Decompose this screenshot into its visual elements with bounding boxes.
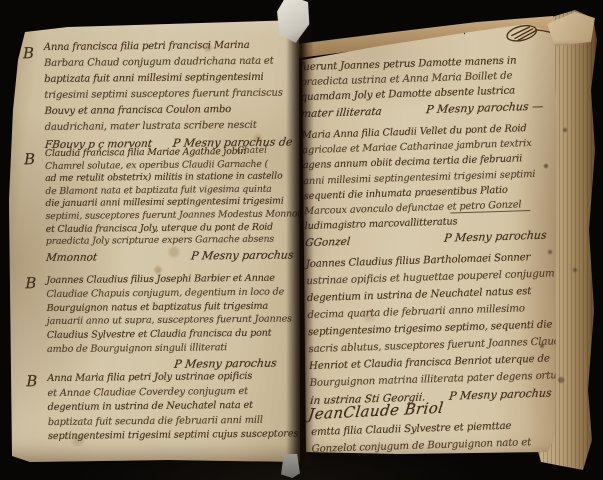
baptism-entry: Joannes Claudius filius Josephi Barbier … xyxy=(46,271,300,371)
manuscript-photo: B B B B Anna francisca filia petri franc… xyxy=(0,0,603,480)
baptism-entry: Joannes Claudius filius Bartholomaei Son… xyxy=(306,248,561,407)
entry-line: praedicta Joly scripturae expers Garnach… xyxy=(46,234,300,249)
left-page: B B B B Anna francisca filia petri franc… xyxy=(8,20,300,462)
entry-line: januarii anno ut supra, susceptores fuer… xyxy=(47,313,300,329)
entry-line: ambo de Bourguignon singuli illiterati xyxy=(47,340,300,356)
witness-signature: Mmonnot xyxy=(45,251,98,264)
right-page: prond fuerunt Joannes petrus Damotte man… xyxy=(299,16,561,460)
priest-signature: P Mesny parochus xyxy=(191,248,295,262)
entry-line: daudrichani, mater lustrata scribere nes… xyxy=(45,117,300,136)
page-clip xyxy=(281,454,300,478)
entry-line: et Annae Claudiae Coverdey conjugum et xyxy=(47,384,300,401)
entry-line: septingentesimi trigesimi septimi cujus … xyxy=(48,428,300,445)
margin-letter-B: B xyxy=(23,44,34,62)
baptism-entry: Claudia francisca filia Mariae Agathae j… xyxy=(45,145,300,263)
priest-signature: P Mesny parochus xyxy=(444,229,548,245)
register-entry: fuerunt Joannes petrus Damotte manens in… xyxy=(299,52,551,120)
book-gutter-shadow xyxy=(286,14,314,466)
margin-letter-B: B xyxy=(25,274,36,292)
entry-line: de Blamont nata et baptizata fuit vigesi… xyxy=(45,183,300,198)
right-page-surface: prond fuerunt Joannes petrus Damotte man… xyxy=(299,16,561,460)
entry-line: Barbara Chaud conjugum daudrichana nata … xyxy=(44,53,300,72)
register-entry: emtta filia Claudii Sylvestre et piemtta… xyxy=(311,416,561,458)
entry-line: Claudiae Chapuis conjugum, degentium in … xyxy=(46,285,300,301)
left-page-surface: B B B B Anna francisca filia petri franc… xyxy=(8,20,300,462)
priest-signature: P Mesny parochus — xyxy=(425,100,543,117)
margin-letter-B: B xyxy=(26,372,37,390)
priest-signature: P Mesny parochus xyxy=(449,386,553,402)
entry-line: trigesimi septimi susceptores fuerunt fr… xyxy=(44,85,300,104)
entry-line: Chamrel solutae, ex operibus Claudii Gar… xyxy=(45,158,300,173)
margin-letter-B: B xyxy=(24,150,35,168)
entry-line: baptizata fuit secunda die februarii ann… xyxy=(48,413,300,430)
baptism-entry: Anna Maria filia petri Joly ustrinae opi… xyxy=(47,369,300,445)
baptism-entry: Anna francisca filia petri francisci Mar… xyxy=(44,37,300,158)
priest-signature: P Mesny parochus xyxy=(174,356,278,370)
burial-entry: Maria Anna filia Claudii Vellet du pont … xyxy=(302,120,556,249)
signature-row: Mmonnot P Mesny parochus xyxy=(46,248,300,264)
entry-line: septimi, susceptores fuerunt Joannes Mod… xyxy=(46,208,300,223)
